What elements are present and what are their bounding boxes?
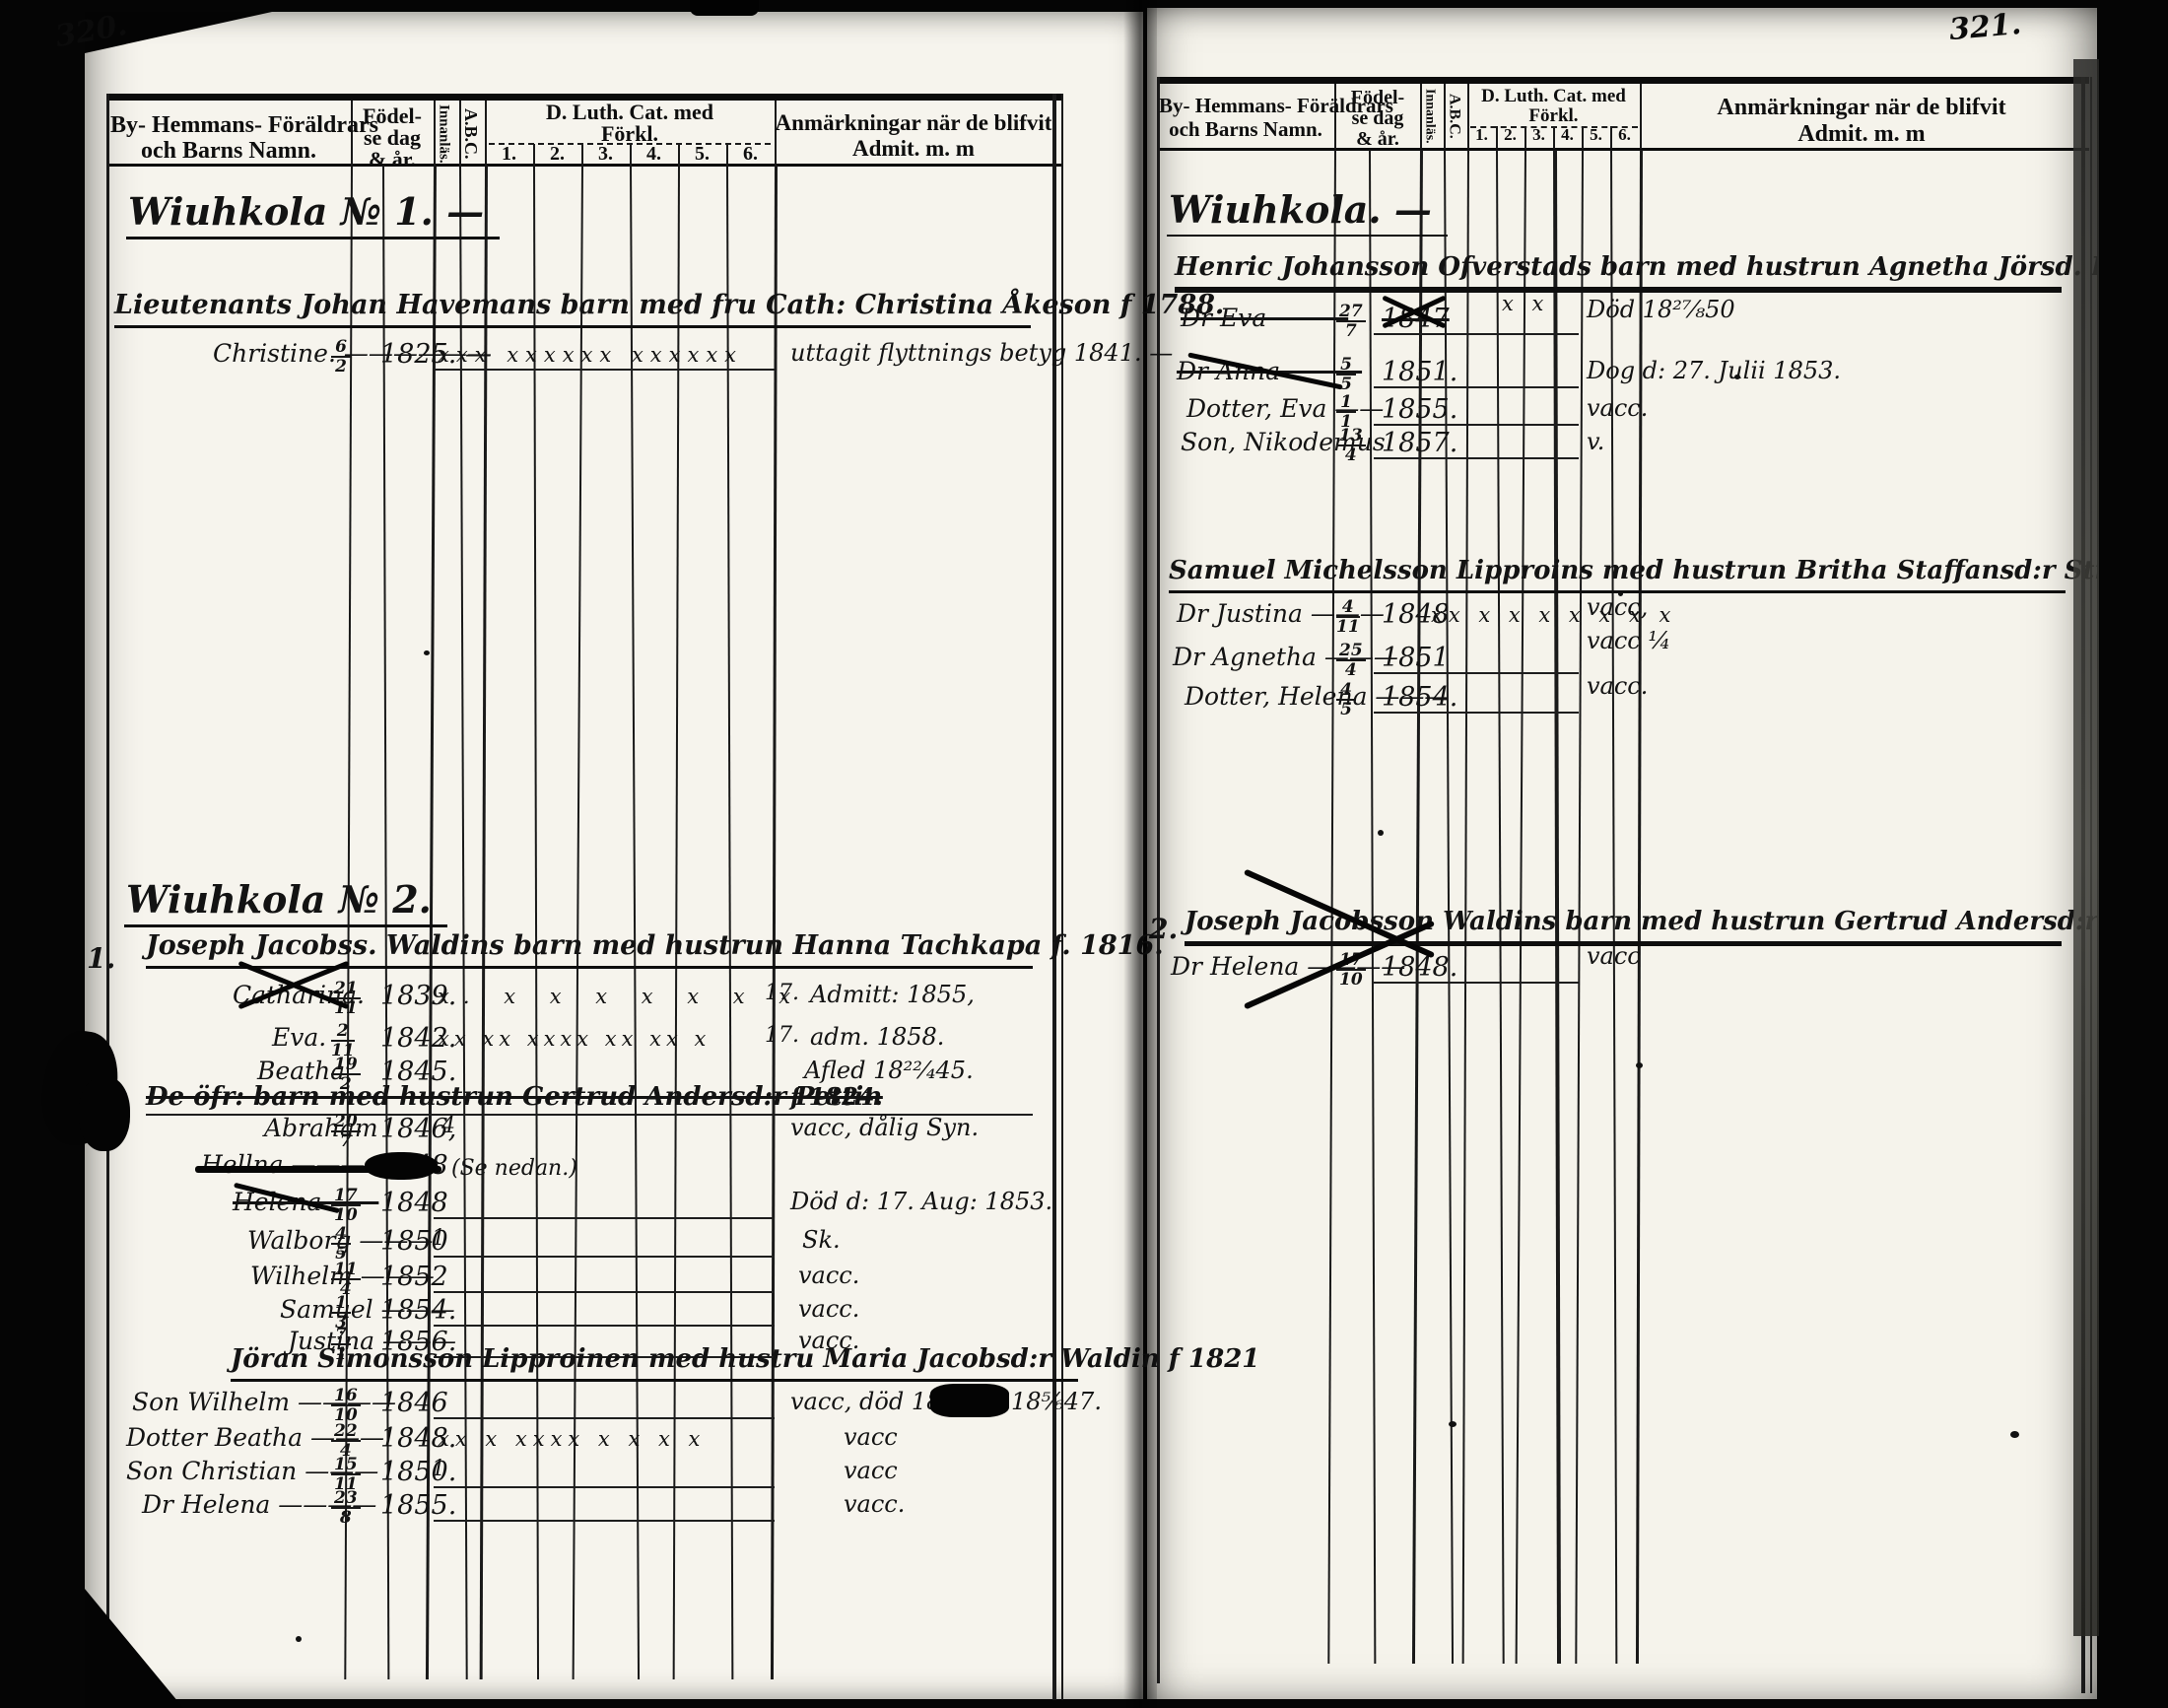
birth-year: 1852: [380, 1262, 448, 1292]
ink-speck: [1378, 830, 1384, 836]
col-header-remarks: Anmärkningar när de blifvit: [775, 110, 1052, 135]
family-group-header: Joseph Jacobss. Waldins barn med hustrun…: [146, 930, 1033, 969]
column-rule-line: [1640, 84, 1642, 149]
col-header-names: By- Hemmans- Föräldrars: [1159, 95, 1332, 117]
left-page: By- Hemmans- Föräldrars och Barns Namn. …: [85, 12, 1143, 1699]
village-heading: Wiuhkola № 1. —: [126, 189, 500, 239]
remark: vacc.: [798, 1295, 859, 1323]
record-row: Dr Eva ——— 277 1847 x x Död 18²⁷⁄₈50: [1147, 304, 2101, 343]
cat-subcol-6: 6.: [726, 143, 775, 165]
remark: vacc: [844, 1423, 898, 1451]
record-row: Christine. —————— 62 1825. — xxx xxxxxx …: [85, 339, 1143, 378]
col-header-abc: A.B.C.: [1446, 87, 1463, 146]
remark: vacc, dålig Syn.: [790, 1114, 979, 1141]
remark: Dog d: 27. Julii 1853.: [1587, 357, 1841, 384]
ink-speck: [1636, 1062, 1643, 1068]
page-number-right: 321.: [1948, 7, 2023, 47]
cat-subcol-1: 1.: [485, 143, 533, 165]
row-rule-line: [434, 1291, 775, 1293]
col-header-abc: A.B.C.: [460, 103, 480, 165]
scan-edge-band: [2073, 59, 2099, 1636]
row-rule-line: [1374, 982, 1579, 984]
ink-blot: [365, 1152, 438, 1180]
birth-day-fraction: 238: [331, 1490, 361, 1527]
remark: Admitt: 1855,: [810, 981, 975, 1008]
birth-day-fraction: 411: [1336, 599, 1360, 636]
row-rule-line: [434, 1217, 775, 1219]
mark-note: 17.: [765, 1023, 799, 1048]
right-page: By- Hemmans- Föräldrars och Barns Namn. …: [1147, 8, 2101, 1699]
remark: vacc: [844, 1457, 898, 1484]
birth-year: 1846: [380, 1388, 448, 1418]
remark: f 1824.: [790, 1082, 883, 1111]
remark: v.: [1587, 428, 1604, 455]
ink-speck: [296, 1636, 302, 1642]
child-name: Dr Eva ———: [1181, 304, 1348, 332]
remark: vacc.: [844, 1490, 905, 1518]
row-rule-line: [1374, 424, 1579, 426]
record-row: Son, Nikodemus 134 1857. v.: [1147, 428, 2101, 467]
child-name: Abraham: [264, 1114, 378, 1142]
cat-subcol-4: 4.: [630, 143, 678, 165]
birth-day-fraction: 1610: [331, 1388, 361, 1424]
cat-subcol-2: 2.: [1496, 126, 1524, 145]
catechism-marks: x. x x x x x x x: [438, 985, 804, 1008]
catechism-marks: xx x xxxx x x x x: [438, 1427, 706, 1451]
village-heading: Wiuhkola. —: [1167, 187, 1448, 237]
remark: vacc.: [1587, 672, 1648, 700]
cat-subcol-1: 1.: [1467, 126, 1496, 145]
family-group-header: Joseph Jacobsson Waldins barn med hustru…: [1185, 907, 2062, 946]
col-header-catechism: D. Luth. Cat. med: [1467, 87, 1640, 107]
child-name: Eva.: [272, 1023, 326, 1052]
family-group-header: Samuel Michelsson Lipproins med hustrun …: [1169, 556, 2066, 593]
mark-note: 1: [432, 1226, 445, 1251]
margin-number: 1.: [87, 942, 115, 975]
record-row: Catharina. 2111 1839. x. x x x x x x x 1…: [85, 981, 1143, 1020]
col-header-innanlas: Innanläs.: [1422, 87, 1437, 146]
mark-note: 17.: [765, 981, 799, 1005]
row-rule-line: [434, 1417, 775, 1419]
child-name: Dr Helena ————: [1171, 952, 1405, 981]
col-header-birth: & år.: [1336, 128, 1419, 150]
record-row: Walborg ——— 45 1850 1 Sk.: [85, 1226, 1143, 1265]
header-bottom-rule: [1157, 148, 2089, 151]
row-rule-line: [1374, 386, 1579, 388]
remark-continued: 18⁵⁄₆47.: [1011, 1388, 1102, 1415]
birth-day-fraction: 1710: [331, 1188, 361, 1224]
remark: vacc.: [1587, 394, 1648, 422]
record-row: Helena —— 1710 1848 Död d: 17. Aug: 1853…: [85, 1188, 1143, 1227]
cat-subcol-3: 3.: [581, 143, 630, 165]
birth-day-fraction: 45: [331, 1226, 351, 1263]
ink-blot: [79, 1076, 130, 1151]
row-rule-line: [1374, 333, 1579, 335]
birth-day-fraction: 207: [331, 1114, 361, 1150]
row-rule-line: [434, 1256, 775, 1258]
cat-subcol-3: 3.: [1524, 126, 1553, 145]
see-below-note: (Se nedan.): [451, 1156, 577, 1181]
col-header-remarks: Admit. m. m: [775, 136, 1052, 161]
row-rule-line: [1374, 457, 1579, 459]
record-row: Abraham 207 1846, 4 vacc, dålig Syn.: [85, 1114, 1143, 1153]
col-header-remarks: Admit. m. m: [1645, 121, 2078, 147]
cat-subcol-6: 6.: [1610, 126, 1639, 145]
ink-speck: [2010, 1431, 2019, 1438]
catechism-marks: x x: [1502, 292, 1549, 315]
row-rule-line: [434, 1520, 775, 1522]
birth-year: 1854.: [380, 1295, 456, 1326]
remark: vacc: [1587, 942, 1641, 970]
remark: Afled 18²²⁄₄45.: [804, 1057, 974, 1084]
cat-subcol-2: 2.: [533, 143, 581, 165]
page-gutter-shadow: [1123, 0, 1157, 1708]
remark: vacc.: [798, 1262, 859, 1289]
col-header-birth: & år.: [353, 148, 432, 171]
birth-day-fraction: 134: [1336, 428, 1366, 464]
remark: vacc ¼: [1587, 627, 1671, 654]
cat-subcol-5: 5.: [1582, 126, 1610, 145]
scanned-ledger-spread: By- Hemmans- Föräldrars och Barns Namn. …: [0, 0, 2168, 1708]
remark: Död d: 17. Aug: 1853.: [790, 1188, 1052, 1215]
record-row: Dr Helena ———— 238 1855. vacc.: [85, 1490, 1143, 1530]
remark: vacc, död 18: [790, 1388, 941, 1415]
remark: Sk.: [802, 1226, 841, 1254]
birth-day-fraction: 277: [1336, 304, 1366, 340]
cat-subcol-4: 4.: [1553, 126, 1582, 145]
col-header-birth: se dag: [1336, 107, 1419, 129]
col-header-catechism: Förkl.: [1467, 106, 1640, 127]
row-rule-line: [1374, 712, 1579, 714]
remark: Död 18²⁷⁄₈50: [1587, 296, 1735, 323]
col-header-innanlas: Innanläs.: [436, 103, 452, 165]
family-group-header: Lieutenants Johan Havemans barn med fru …: [114, 290, 1031, 328]
col-header-birth: Födel-: [1336, 87, 1419, 108]
remark: uttagit flyttnings betyg 1841. —: [790, 339, 1173, 367]
row-rule-line: [1374, 672, 1579, 674]
record-row: Dotter, Helena ——— 45 1854. vacc.: [1147, 682, 2101, 721]
ink-speck: [1449, 1421, 1457, 1427]
birth-day-fraction: 254: [1336, 643, 1366, 679]
catechism-marks: xxx xxxxxx xxxxxx: [438, 343, 743, 367]
inserted-text: De öfr: barn med hustrun Gertrud Andersd…: [146, 1082, 882, 1112]
row-rule-line: [434, 369, 775, 371]
birth-year: 1851.: [1382, 357, 1457, 387]
ink-blot: [930, 1384, 1009, 1417]
village-heading: Wiuhkola № 2.: [124, 877, 447, 927]
catechism-marks: xx xx xxxx xx xx x: [438, 1027, 711, 1051]
col-header-names: och Barns Namn.: [110, 138, 347, 164]
birth-year: 1848: [380, 1188, 448, 1218]
birth-year: 1855.: [380, 1490, 456, 1521]
mark-note: 4: [441, 1114, 455, 1138]
birth-day-fraction: 62: [331, 339, 351, 376]
row-rule-line: [434, 1486, 775, 1488]
birth-year: 1848.: [1382, 952, 1457, 983]
family-group-header: Jöran Simonsson Lipproinen med hustru Ma…: [231, 1344, 1078, 1382]
scan-edge-mark: [690, 0, 759, 16]
col-header-names: och Barns Namn.: [1159, 118, 1332, 141]
record-row: Dr Anna ——— 55 1851. Dog d: 27. Julii 18…: [1147, 357, 2101, 396]
col-header-names: By- Hemmans- Föräldrars: [110, 112, 347, 138]
scan-edge-band: [2097, 0, 2168, 1708]
birth-year: 1855.: [1382, 394, 1457, 425]
ink-speck: [424, 650, 430, 655]
birth-day-fraction: 45: [1336, 682, 1356, 718]
birth-year: 1851: [1382, 643, 1450, 673]
birth-year: 1854.: [1382, 682, 1457, 713]
remark: vacc,: [1587, 593, 1648, 621]
family-group-header: Henric Johansson Ofverstads barn med hus…: [1175, 252, 2062, 293]
cat-subcol-5: 5.: [678, 143, 726, 165]
birth-year: 1857.: [1382, 428, 1457, 458]
remark: adm. 1858.: [810, 1023, 944, 1051]
mark-note: 1: [432, 1457, 445, 1481]
record-row: Son Wilhelm ———— 1610 1846 vacc, död 18 …: [85, 1388, 1143, 1427]
header-top-rule: [1157, 77, 2089, 84]
col-header-remarks: Anmärkningar när de blifvit: [1645, 95, 2078, 120]
